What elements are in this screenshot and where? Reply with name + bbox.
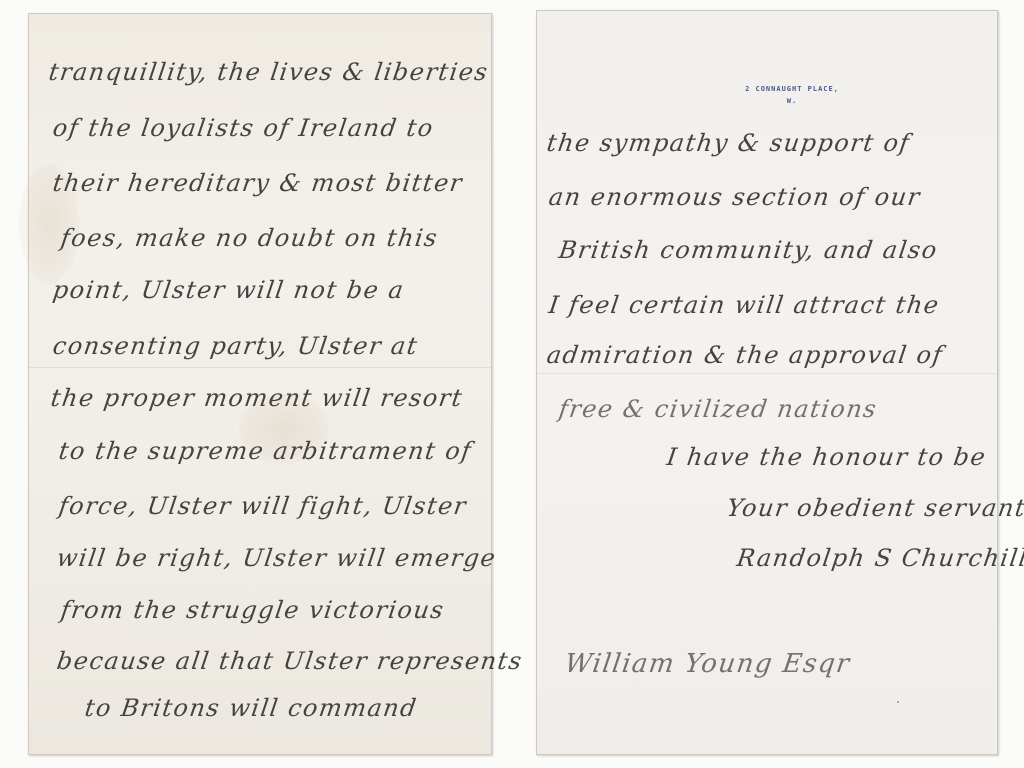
handwritten-line: consenting party, Ulster at [51, 332, 420, 360]
addressee: William Young Esqr [563, 649, 853, 679]
paper-fold [29, 367, 491, 369]
letter-page-left: tranquillity, the lives & liberties of t… [28, 13, 492, 755]
handwritten-line: point, Ulster will not be a [51, 276, 406, 304]
signature: Randolph S Churchill [735, 544, 1024, 572]
handwritten-line: because all that Ulster represents [55, 647, 525, 675]
handwritten-line: free & civilized nations [557, 395, 879, 423]
handwritten-line: from the struggle victorious [59, 596, 446, 624]
handwritten-line: their hereditary & most bitter [51, 169, 465, 197]
letterhead: 2 CONNAUGHT PLACE, W. [537, 83, 997, 107]
closing-line: Your obedient servant [725, 494, 1024, 522]
handwritten-line: force, Ulster will fight, Ulster [57, 492, 469, 520]
handwritten-line: I feel certain will attract the [547, 291, 942, 319]
handwritten-line: British community, and also [557, 236, 940, 264]
handwritten-line: foes, make no doubt on this [59, 224, 440, 252]
letterhead-address: 2 CONNAUGHT PLACE, [587, 83, 997, 95]
letter-page-right: 2 CONNAUGHT PLACE, W. the sympathy & sup… [536, 10, 998, 755]
handwritten-line: admiration & the approval of [545, 341, 945, 369]
handwritten-line: tranquillity, the lives & liberties [47, 58, 490, 86]
paper-speck [897, 701, 899, 703]
letterhead-district: W. [587, 95, 997, 107]
handwritten-line: to the supreme arbitrament of [57, 437, 474, 465]
closing-line: I have the honour to be [665, 443, 988, 471]
handwritten-line: of the loyalists of Ireland to [51, 114, 436, 142]
handwritten-line: an enormous section of our [547, 183, 923, 211]
handwritten-line: the proper moment will resort [49, 384, 465, 412]
paper-fold [537, 373, 997, 375]
handwritten-line: will be right, Ulster will emerge [55, 544, 498, 572]
handwritten-line: the sympathy & support of [545, 129, 912, 157]
handwritten-line: to Britons will command [83, 694, 419, 722]
